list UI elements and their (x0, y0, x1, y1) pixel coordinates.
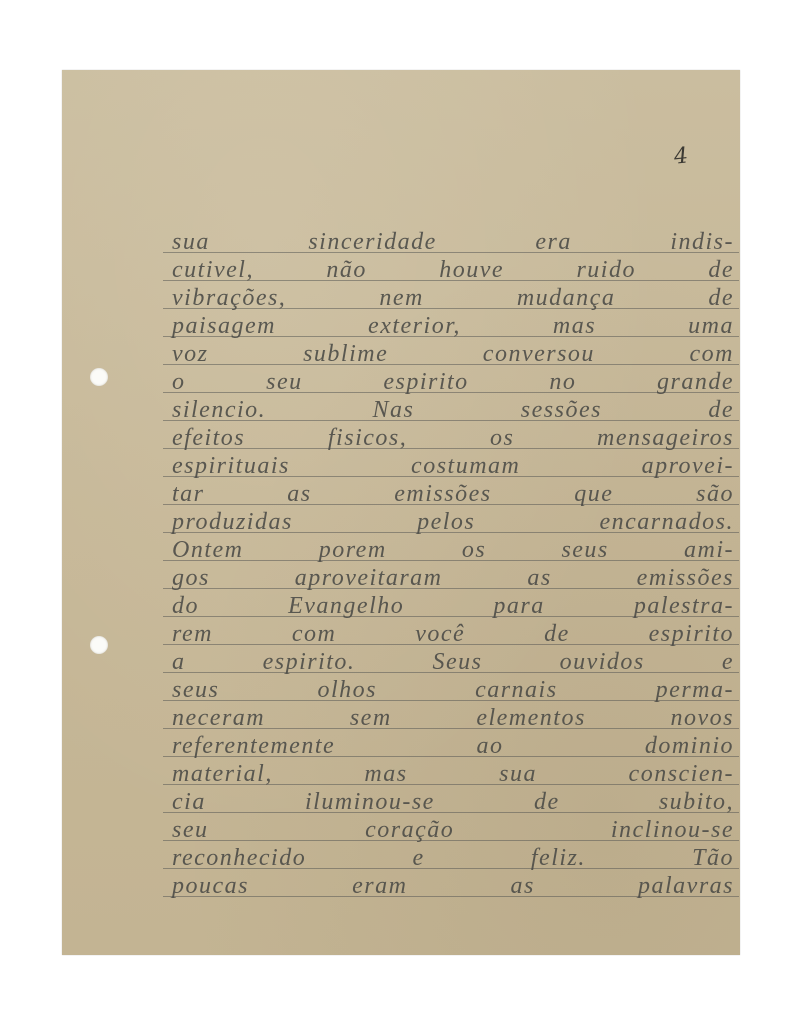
manuscript-page: 4 sua sinceridade era indis- cutivel, nã… (62, 70, 740, 955)
text-line: seu coração inclinou-se (172, 816, 734, 844)
punch-hole-bottom (90, 636, 108, 654)
text-line: Ontem porem os seus ami- (172, 536, 734, 564)
text-line: sua sinceridade era indis- (172, 228, 734, 256)
page-number: 4 (673, 143, 690, 169)
text-line: voz sublime conversou com (172, 340, 734, 368)
text-line: vibrações, nem mudança de (172, 284, 734, 312)
text-line: referentemente ao dominio (172, 732, 734, 760)
text-line: tar as emissões que são (172, 480, 734, 508)
text-line: produzidas pelos encarnados. (172, 508, 734, 536)
text-line: cia iluminou-se de subito, (172, 788, 734, 816)
text-line: espirituais costumam aprovei- (172, 452, 734, 480)
text-line: cutivel, não houve ruido de (172, 256, 734, 284)
text-line: paisagem exterior, mas uma (172, 312, 734, 340)
text-line: do Evangelho para palestra- (172, 592, 734, 620)
text-line: silencio. Nas sessões de (172, 396, 734, 424)
text-line: a espirito. Seus ouvidos e (172, 648, 734, 676)
text-line: rem com você de espirito (172, 620, 734, 648)
text-line: reconhecido e feliz. Tão (172, 844, 734, 872)
punch-hole-top (90, 368, 108, 386)
text-line: efeitos fisicos, os mensageiros (172, 424, 734, 452)
text-line: seus olhos carnais perma- (172, 676, 734, 704)
text-line: poucas eram as palavras (172, 872, 734, 900)
text-line: material, mas sua conscien- (172, 760, 734, 788)
text-line: o seu espirito no grande (172, 368, 734, 396)
text-line: neceram sem elementos novos (172, 704, 734, 732)
text-line: gos aproveitaram as emissões (172, 564, 734, 592)
